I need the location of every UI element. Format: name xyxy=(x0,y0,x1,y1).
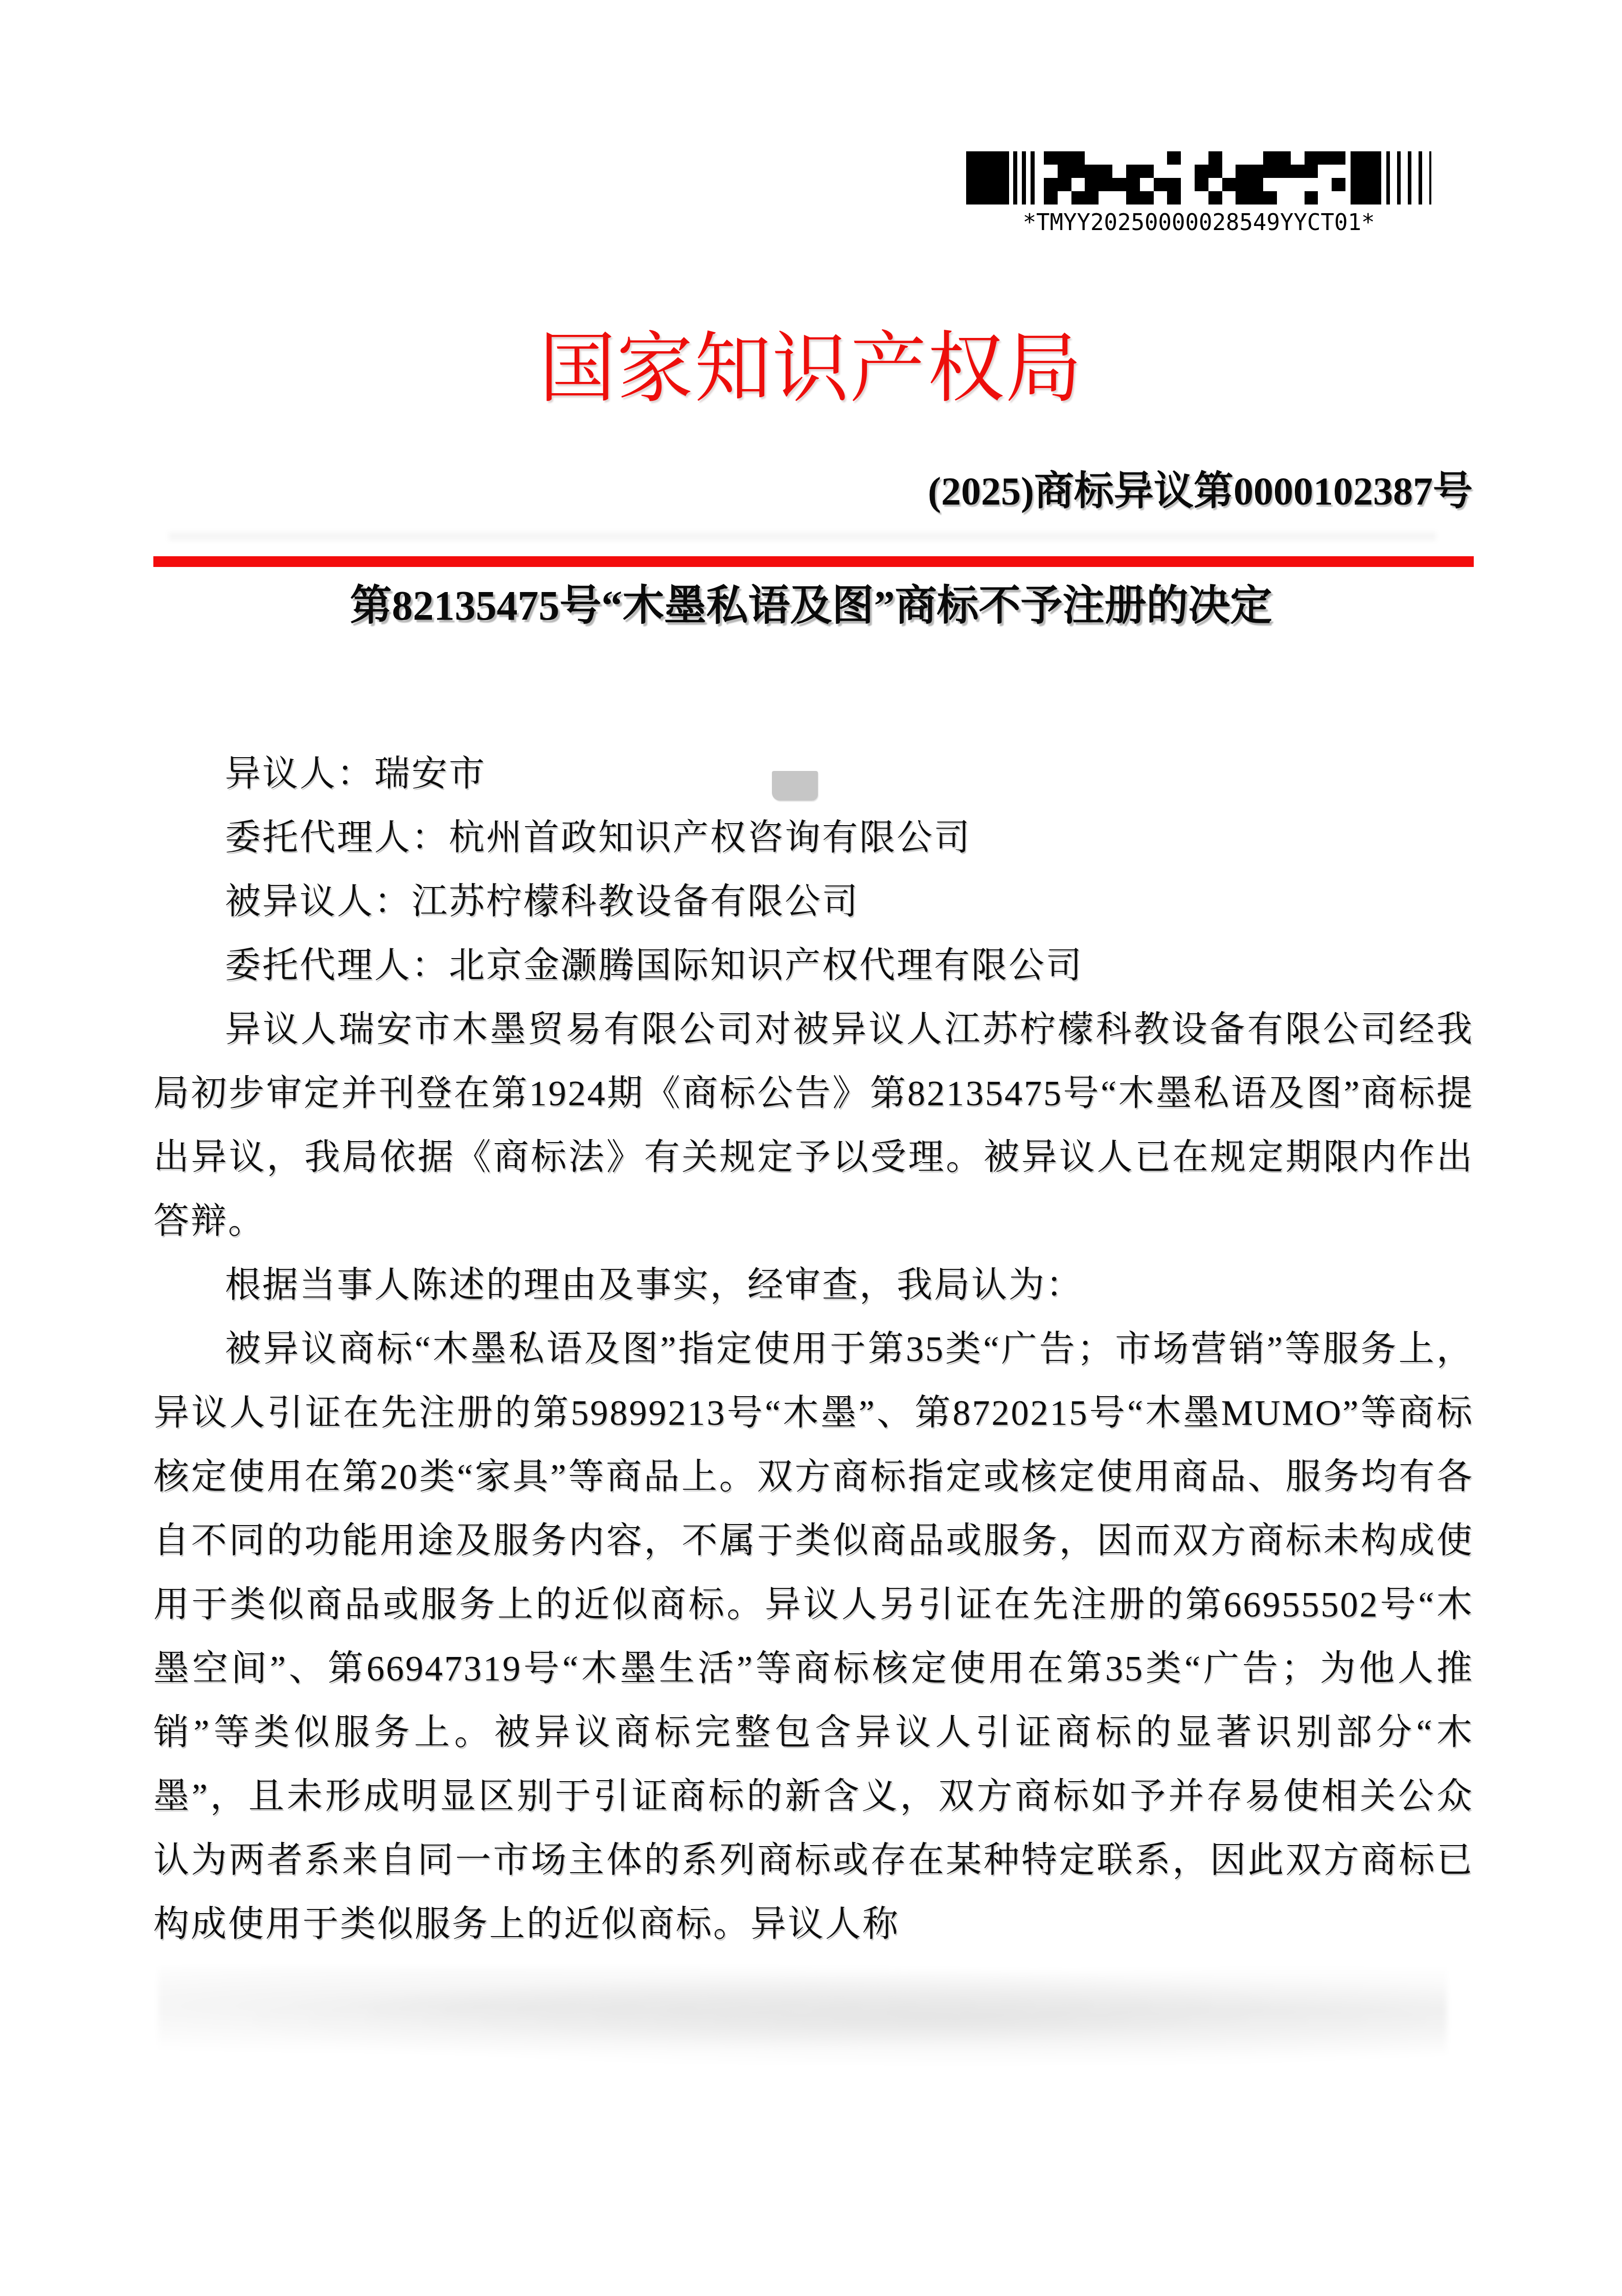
doc-number: (2025)商标异议第0000102387号 xyxy=(928,467,1473,515)
respondent-agent-line: 委托代理人：北京金灏腾国际知识产权代理有限公司 xyxy=(153,934,1474,998)
opponent-partial-char: 木 xyxy=(486,754,506,790)
paragraph-findings: 被异议商标“木墨私语及图”指定使用于第35类“广告；市场营销”等服务上，异议人引… xyxy=(153,1317,1474,1957)
scan-smudge-artifact xyxy=(158,1967,1447,2064)
barcode xyxy=(966,151,1431,204)
opponent-agent-line: 委托代理人：杭州首政知识产权咨询有限公司 xyxy=(153,806,1474,870)
paragraph-review-lead: 根据当事人陈述的理由及事实，经审查，我局认为： xyxy=(153,1254,1474,1317)
scan-band-artifact xyxy=(169,532,1436,541)
barcode-matrix xyxy=(1044,151,1345,204)
opponent-text: 异议人：瑞安市 xyxy=(225,755,486,794)
header-divider-rule xyxy=(153,556,1474,567)
barcode-start-bar xyxy=(966,151,1009,204)
paragraph-case-intro: 异议人瑞安市木墨贸易有限公司对被异议人江苏柠檬科教设备有限公司经我局初步审定并刊… xyxy=(153,998,1474,1254)
barcode-thin-bars-right xyxy=(1386,151,1431,204)
decision-body: 异议人：瑞安市木 委托代理人：杭州首政知识产权咨询有限公司 被异议人：江苏柠檬科… xyxy=(153,742,1474,1957)
barcode-stop-bar xyxy=(1351,151,1381,204)
respondent-line: 被异议人：江苏柠檬科教设备有限公司 xyxy=(153,870,1474,934)
barcode-thin-bars-left xyxy=(1013,151,1039,204)
decision-title: 第82135475号“木墨私语及图”商标不予注册的决定 xyxy=(0,580,1622,632)
document-page: *TMYY20250000028549YYCT01* 国家知识产权局 (2025… xyxy=(0,0,1622,2296)
redaction-box xyxy=(772,771,818,801)
barcode-label: *TMYY20250000028549YYCT01* xyxy=(966,210,1431,236)
agency-title: 国家知识产权局 xyxy=(0,327,1622,412)
